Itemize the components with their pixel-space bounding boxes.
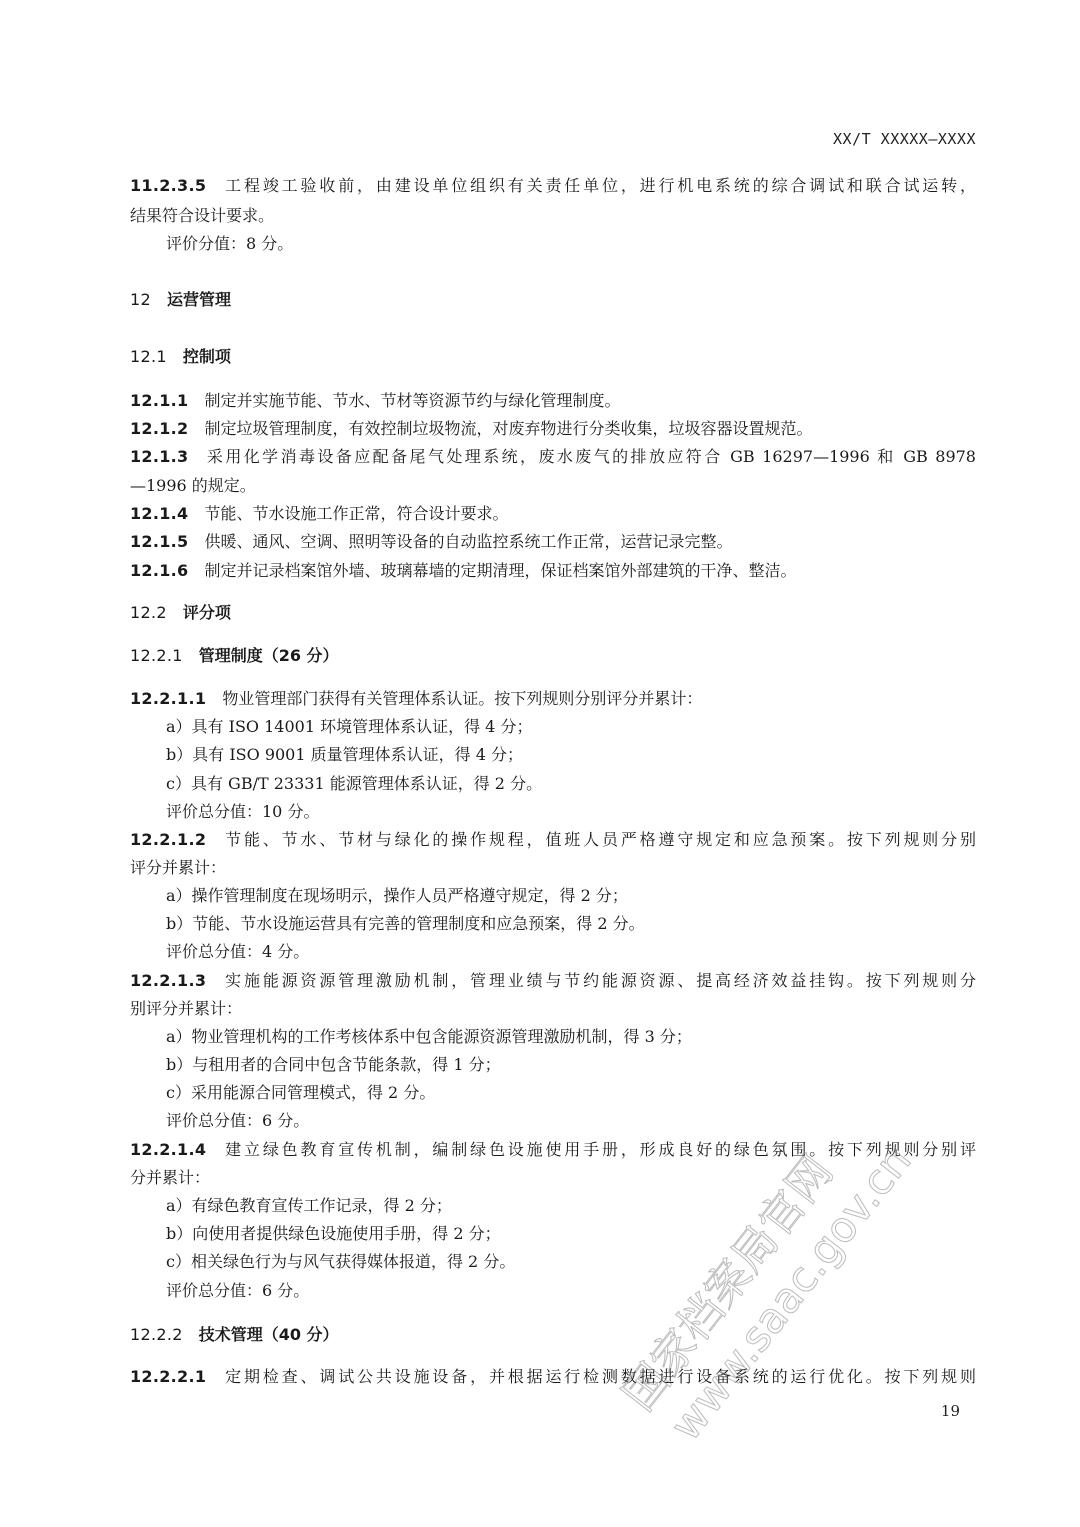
- clause-12-1-5: 12.1.5供暖、通风、空调、照明等设备的自动监控系统工作正常，运营记录完整。: [130, 532, 733, 552]
- clause-12-1-3: 12.1.3采用化学消毒设备应配备尾气处理系统，废水废气的排放应符合 GB 16…: [130, 447, 976, 467]
- list-item: b）节能、节水设施运营具有完善的管理制度和应急预案，得 2 分。: [166, 914, 645, 934]
- clause-11-2-3-5: 11.2.3.5工程竣工验收前，由建设单位组织有关责任单位，进行机电系统的综合调…: [130, 176, 976, 196]
- list-item: c）采用能源合同管理模式，得 2 分。: [166, 1083, 435, 1103]
- clause-12-2-1-3-cont: 别评分并累计：: [130, 999, 242, 1019]
- list-item: c）具有 GB/T 23331 能源管理体系认证，得 2 分。: [166, 774, 542, 794]
- list-item: a）有绿色教育宣传工作记录，得 2 分；: [166, 1196, 452, 1216]
- chapter-heading-12: 12运营管理: [130, 290, 231, 310]
- clause-12-2-1-1: 12.2.1.1物业管理部门获得有关管理体系认证。按下列规则分别评分并累计：: [130, 689, 702, 709]
- score-total: 评价总分值：6 分。: [166, 1281, 309, 1301]
- standard-code-header: XX/T XXXXX—XXXX: [833, 130, 976, 148]
- clause-12-2-2-1: 12.2.2.1定期检查、调试公共设施设备，并根据运行检测数据进行设备系统的运行…: [130, 1367, 976, 1387]
- list-item: c）相关绿色行为与风气获得媒体报道，得 2 分。: [166, 1252, 515, 1272]
- clause-12-1-2: 12.1.2制定垃圾管理制度，有效控制垃圾物流，对废弃物进行分类收集，垃圾容器设…: [130, 419, 813, 439]
- section-heading-12-1: 12.1控制项: [130, 347, 231, 367]
- clause-12-1-4: 12.1.4节能、节水设施工作正常，符合设计要求。: [130, 504, 509, 524]
- clause-12-2-1-2-cont: 评分并累计：: [130, 858, 226, 878]
- clause-12-1-6: 12.1.6制定并记录档案馆外墙、玻璃幕墙的定期清理，保证档案馆外部建筑的干净、…: [130, 561, 797, 581]
- subsection-heading-12-2-1: 12.2.1管理制度（26 分）: [130, 646, 339, 666]
- clause-12-2-1-3: 12.2.1.3实施能源资源管理激励机制，管理业绩与节约能源资源、提高经济效益挂…: [130, 971, 976, 991]
- list-item: b）与租用者的合同中包含节能条款，得 1 分；: [166, 1055, 501, 1075]
- list-item: a）操作管理制度在现场明示，操作人员严格遵守规定，得 2 分；: [166, 886, 628, 906]
- clause-12-2-1-2: 12.2.1.2节能、节水、节材与绿化的操作规程，值班人员严格遵守规定和应急预案…: [130, 830, 976, 850]
- list-item: b）向使用者提供绿色设施使用手册，得 2 分；: [166, 1224, 501, 1244]
- score-total: 评价总分值：6 分。: [166, 1111, 309, 1131]
- list-item: a）具有 ISO 14001 环境管理体系认证，得 4 分；: [166, 717, 532, 737]
- watermark: 国家档案局官网 www.saac.gov.cn: [590, 1140, 950, 1440]
- score-value: 评价分值：8 分。: [166, 234, 293, 254]
- list-item: b）具有 ISO 9001 质量管理体系认证，得 4 分；: [166, 745, 523, 765]
- clause-12-1-3-cont: —1996 的规定。: [130, 476, 256, 496]
- clause-12-1-1: 12.1.1制定并实施节能、节水、节材等资源节约与绿化管理制度。: [130, 391, 621, 411]
- score-total: 评价总分值：10 分。: [166, 802, 319, 822]
- document-page: XX/T XXXXX—XXXX 11.2.3.5工程竣工验收前，由建设单位组织有…: [0, 0, 1080, 1527]
- list-item: a）物业管理机构的工作考核体系中包含能源资源管理激励机制，得 3 分；: [166, 1027, 692, 1047]
- clause-11-2-3-5-cont: 结果符合设计要求。: [130, 206, 274, 226]
- score-total: 评价总分值：4 分。: [166, 942, 309, 962]
- clause-12-2-1-4-cont: 分并累计：: [130, 1168, 210, 1188]
- page-number: 19: [941, 1402, 960, 1420]
- clause-12-2-1-4: 12.2.1.4建立绿色教育宣传机制，编制绿色设施使用手册，形成良好的绿色氛围。…: [130, 1140, 976, 1160]
- section-heading-12-2: 12.2评分项: [130, 603, 231, 623]
- watermark-text-url: www.saac.gov.cn: [661, 1136, 921, 1449]
- subsection-heading-12-2-2: 12.2.2技术管理（40 分）: [130, 1325, 339, 1345]
